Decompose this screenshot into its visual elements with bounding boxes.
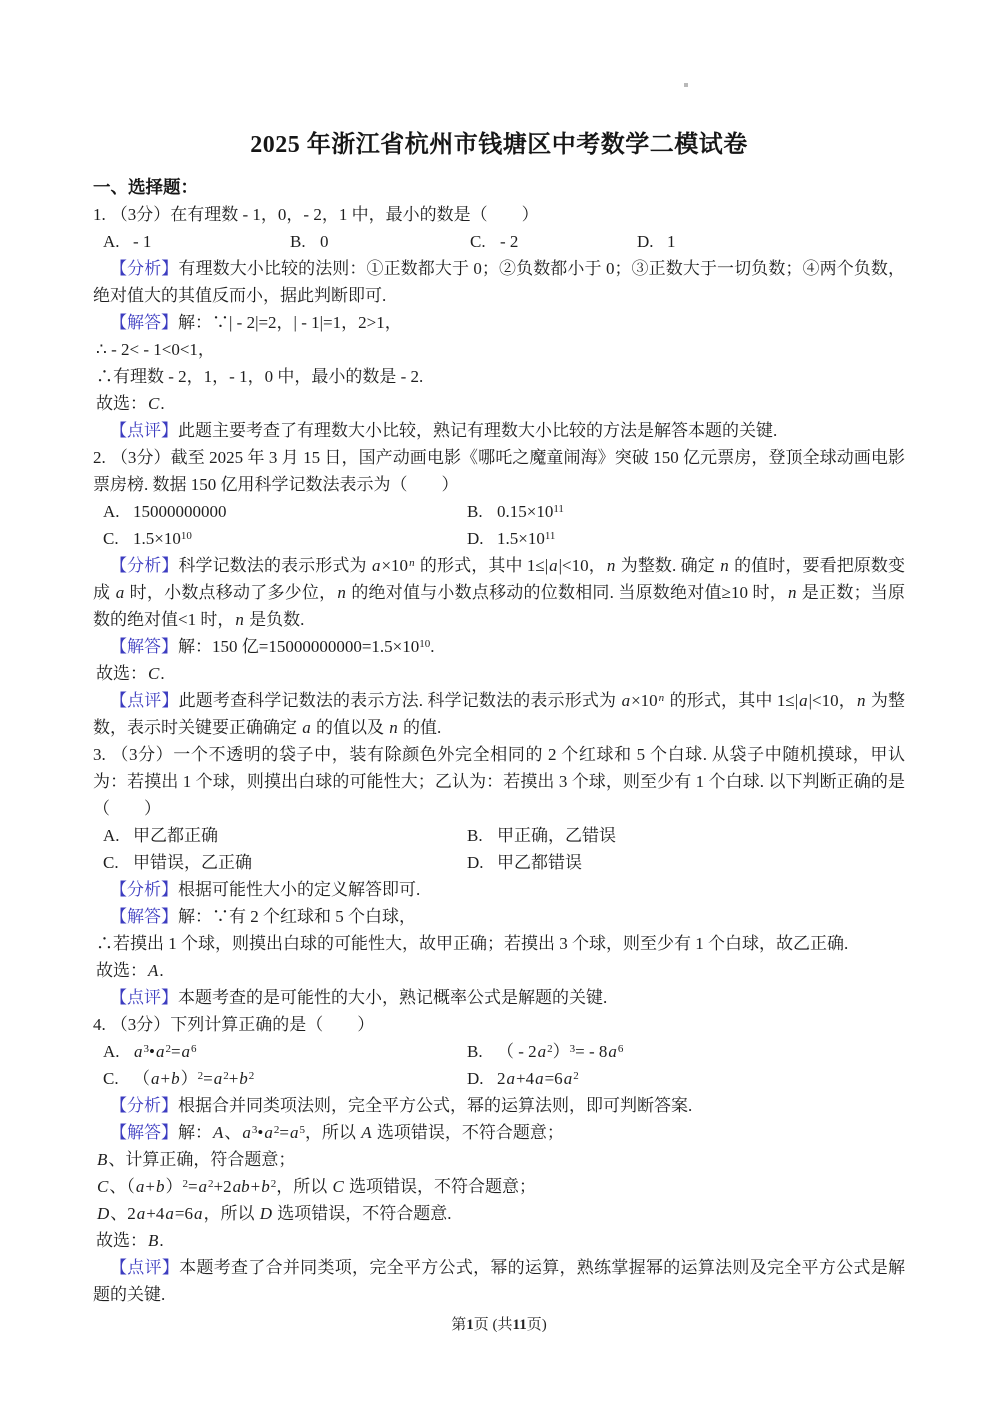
page-title: 2025 年浙江省杭州市钱塘区中考数学二模试卷 [93, 0, 905, 160]
footer-prefix: 第 [451, 1317, 466, 1333]
question-3-option-c: C.甲错误，乙正确 [103, 849, 467, 876]
question-4-option-d: D.2a+4a=6a2 [467, 1065, 905, 1092]
question-4-option-a: A.a3•a2=a6 [103, 1038, 467, 1065]
option-key: A. [103, 822, 120, 849]
question-3-options: A.甲乙都正确 B.甲正确，乙错误 C.甲错误，乙正确 D.甲乙都错误 [93, 822, 905, 876]
question-4-comment: 【点评】本题考查了合并同类项，完全平方公式，幂的运算，熟练掌握幂的运算法则及完全… [93, 1254, 905, 1308]
question-3-comment: 【点评】本题考查的是可能性的大小，熟记概率公式是解题的关键. [93, 984, 905, 1011]
question-3-option-b: B.甲正确，乙错误 [467, 822, 905, 849]
answer-label: 【解答】 [110, 907, 178, 926]
question-1-number: 1. [93, 205, 106, 224]
chosen-answer-text: 故选：B. [96, 1231, 164, 1250]
question-4: 4.（3分）下列计算正确的是（ ） A.a3•a2=a6 B.（ - 2a2）3… [93, 1011, 905, 1308]
question-4-answer-line: B、计算正确，符合题意； [93, 1146, 905, 1173]
question-1-analysis: 【分析】有理数大小比较的法则：①正数都大于 0；②负数都小于 0；③正数大于一切… [93, 255, 905, 309]
option-value: 1.5×1010 [133, 529, 192, 548]
question-1-answer-line: ∴ - 2< - 1<0<1， [93, 336, 905, 363]
question-1-option-c: C.- 2 [470, 228, 637, 255]
question-4-answer-line: D、2a+4a=6a，所以 D 选项错误，不符合题意. [93, 1200, 905, 1227]
question-1-option-a: A.- 1 [103, 228, 290, 255]
question-2-stem-text: （3分）截至 2025 年 3 月 15 日，国产动画电影《哪吒之魔童闹海》突破… [93, 448, 905, 494]
question-3-stem-text: （3分）一个不透明的袋子中，装有除颜色外完全相同的 2 个红球和 5 个白球. … [93, 745, 905, 818]
question-2-number: 2. [93, 448, 106, 467]
answer-line-text: ∴ - 2< - 1<0<1， [96, 340, 215, 359]
comment-label: 【点评】 [110, 1258, 179, 1277]
analysis-text: 有理数大小比较的法则：①正数都大于 0；②负数都小于 0；③正数大于一切负数；④… [93, 259, 905, 305]
answer-line-text: D、2a+4a=6a，所以 D 选项错误，不符合题意. [96, 1204, 452, 1223]
question-1-stem-text: （3分）在有理数 - 1，0，- 2，1 中，最小的数是（ ） [111, 205, 539, 224]
comment-text: 本题考查的是可能性的大小，熟记概率公式是解题的关键. [178, 988, 607, 1007]
answer-line-text: ∴有理数 - 2，1，- 1，0 中，最小的数是 - 2. [96, 367, 423, 386]
option-key: C. [103, 849, 120, 876]
comment-text: 此题主要考查了有理数大小比较，熟记有理数大小比较的方法是解答本题的关键. [178, 421, 777, 440]
answer-line-text: B、计算正确，符合题意； [96, 1150, 295, 1169]
option-key: C. [470, 228, 487, 255]
question-4-options: A.a3•a2=a6 B.（ - 2a2）3= - 8a6 C.（a+b）2=a… [93, 1038, 905, 1092]
question-3-chosen-answer: 故选：A. [93, 957, 905, 984]
option-key: B. [467, 498, 484, 525]
question-3-number: 3. [93, 745, 106, 764]
option-value: 1.5×1011 [497, 529, 555, 548]
question-3-option-d: D.甲乙都错误 [467, 849, 905, 876]
analysis-text: 根据可能性大小的定义解答即可. [178, 880, 420, 899]
answer-line-text: C、（a+b）2=a2+2ab+b2，所以 C 选项错误，不符合题意； [96, 1177, 536, 1196]
option-value: 甲错误，乙正确 [133, 853, 252, 872]
option-value: 甲正确，乙错误 [497, 826, 616, 845]
analysis-text: 根据合并同类项法则，完全平方公式，幂的运算法则，即可判断答案. [178, 1096, 692, 1115]
answer-text: 解：A、a3•a2=a5，所以 A 选项错误，不符合题意； [178, 1123, 564, 1142]
option-key: A. [103, 498, 120, 525]
question-3-answer-line: ∴若摸出 1 个球，则摸出白球的可能性大，故甲正确；若摸出 3 个球，则至少有 … [93, 930, 905, 957]
answer-label: 【解答】 [110, 1123, 178, 1142]
option-key: B. [290, 228, 307, 255]
question-4-option-b: B.（ - 2a2）3= - 8a6 [467, 1038, 905, 1065]
question-1-answer-line: ∴有理数 - 2，1，- 1，0 中，最小的数是 - 2. [93, 363, 905, 390]
option-value: 2a+4a=6a2 [497, 1069, 579, 1088]
option-key: D. [637, 228, 654, 255]
analysis-label: 【分析】 [110, 556, 178, 575]
answer-label: 【解答】 [110, 637, 178, 656]
option-key: C. [103, 525, 120, 552]
footer-total-pages: 11 [513, 1317, 527, 1333]
option-key: B. [467, 1038, 484, 1065]
option-key: D. [467, 1065, 484, 1092]
analysis-label: 【分析】 [110, 259, 178, 278]
answer-line-text: ∴若摸出 1 个球，则摸出白球的可能性大，故甲正确；若摸出 3 个球，则至少有 … [96, 934, 848, 953]
question-4-answer-line: C、（a+b）2=a2+2ab+b2，所以 C 选项错误，不符合题意； [93, 1173, 905, 1200]
answer-text: 解：∵| - 2|=2，| - 1|=1，2>1， [178, 313, 402, 332]
question-4-stem: 4.（3分）下列计算正确的是（ ） [93, 1011, 905, 1038]
question-1-answer: 【解答】解：∵| - 2|=2，| - 1|=1，2>1， [93, 309, 905, 336]
option-key: A. [103, 1038, 120, 1065]
question-1-stem: 1.（3分）在有理数 - 1，0，- 2，1 中，最小的数是（ ） [93, 201, 905, 228]
question-2-comment: 【点评】此题考查科学记数法的表示方法. 科学记数法的表示形式为 a×10n 的形… [93, 687, 905, 741]
question-4-option-c: C.（a+b）2=a2+b2 [103, 1065, 467, 1092]
comment-text: 本题考查了合并同类项，完全平方公式，幂的运算，熟练掌握幂的运算法则及完全平方公式… [93, 1258, 905, 1304]
option-value: 0.15×1011 [497, 502, 564, 521]
answer-text: 解：150 亿=15000000000=1.5×1010. [178, 637, 435, 656]
question-2-answer: 【解答】解：150 亿=15000000000=1.5×1010. [93, 633, 905, 660]
chosen-answer-text: 故选：A. [96, 961, 164, 980]
analysis-label: 【分析】 [110, 1096, 178, 1115]
option-value: （ - 2a2）3= - 8a6 [497, 1042, 623, 1061]
question-2: 2.（3分）截至 2025 年 3 月 15 日，国产动画电影《哪吒之魔童闹海》… [93, 444, 905, 741]
comment-label: 【点评】 [110, 421, 178, 440]
question-2-option-c: C.1.5×1010 [103, 525, 467, 552]
answer-text: 解：∵有 2 个红球和 5 个白球， [178, 907, 416, 926]
footer-mid: 页 (共 [474, 1317, 513, 1333]
question-3-analysis: 【分析】根据可能性大小的定义解答即可. [93, 876, 905, 903]
question-4-answer: 【解答】解：A、a3•a2=a5，所以 A 选项错误，不符合题意； [93, 1119, 905, 1146]
footer-page-number: 1 [466, 1317, 474, 1333]
question-3-answer: 【解答】解：∵有 2 个红球和 5 个白球， [93, 903, 905, 930]
question-1-options: A.- 1 B.0 C.- 2 D.1 [93, 228, 905, 255]
chosen-answer-text: 故选：C. [96, 664, 165, 683]
question-2-option-a: A.15000000000 [103, 498, 467, 525]
comment-text: 此题考查科学记数法的表示方法. 科学记数法的表示形式为 a×10n 的形式，其中… [93, 691, 905, 737]
question-4-number: 4. [93, 1015, 106, 1034]
question-1-chosen-answer: 故选：C. [93, 390, 905, 417]
option-value: - 1 [133, 232, 151, 251]
question-4-analysis: 【分析】根据合并同类项法则，完全平方公式，幂的运算法则，即可判断答案. [93, 1092, 905, 1119]
scan-speck [684, 83, 688, 87]
question-4-stem-text: （3分）下列计算正确的是（ ） [111, 1015, 375, 1034]
option-key: D. [467, 525, 484, 552]
question-2-stem: 2.（3分）截至 2025 年 3 月 15 日，国产动画电影《哪吒之魔童闹海》… [93, 444, 905, 498]
option-value: 1 [667, 232, 676, 251]
question-1-comment: 【点评】此题主要考查了有理数大小比较，熟记有理数大小比较的方法是解答本题的关键. [93, 417, 905, 444]
question-1-option-d: D.1 [637, 228, 905, 255]
question-3-stem: 3.（3分）一个不透明的袋子中，装有除颜色外完全相同的 2 个红球和 5 个白球… [93, 741, 905, 822]
question-2-option-d: D.1.5×1011 [467, 525, 905, 552]
option-key: D. [467, 849, 484, 876]
option-value: 甲乙都错误 [497, 853, 582, 872]
option-value: （a+b）2=a2+b2 [133, 1069, 254, 1088]
option-key: B. [467, 822, 484, 849]
comment-label: 【点评】 [110, 691, 179, 710]
comment-label: 【点评】 [110, 988, 178, 1007]
question-3: 3.（3分）一个不透明的袋子中，装有除颜色外完全相同的 2 个红球和 5 个白球… [93, 741, 905, 1011]
question-2-analysis: 【分析】科学记数法的表示形式为 a×10n 的形式，其中 1≤|a|<10，n … [93, 552, 905, 633]
option-value: 0 [320, 232, 329, 251]
option-value: 甲乙都正确 [133, 826, 218, 845]
option-key: C. [103, 1065, 120, 1092]
answer-label: 【解答】 [110, 313, 178, 332]
analysis-label: 【分析】 [110, 880, 178, 899]
question-3-option-a: A.甲乙都正确 [103, 822, 467, 849]
section-heading: 一、选择题： [93, 174, 905, 201]
option-value: a3•a2=a6 [133, 1042, 197, 1061]
option-value: 15000000000 [133, 502, 227, 521]
chosen-answer-text: 故选：C. [96, 394, 165, 413]
question-2-chosen-answer: 故选：C. [93, 660, 905, 687]
question-1-option-b: B.0 [290, 228, 470, 255]
option-key: A. [103, 228, 120, 255]
question-1: 1.（3分）在有理数 - 1，0，- 2，1 中，最小的数是（ ） A.- 1 … [93, 201, 905, 444]
page-footer: 第1页 (共11页) [93, 1315, 905, 1335]
exam-page: 2025 年浙江省杭州市钱塘区中考数学二模试卷 一、选择题： 1.（3分）在有理… [0, 0, 1000, 1414]
question-2-options: A.15000000000 B.0.15×1011 C.1.5×1010 D.1… [93, 498, 905, 552]
footer-suffix: 页) [527, 1317, 547, 1333]
option-value: - 2 [500, 232, 518, 251]
analysis-text: 科学记数法的表示形式为 a×10n 的形式，其中 1≤|a|<10，n 为整数.… [93, 556, 905, 629]
question-4-chosen-answer: 故选：B. [93, 1227, 905, 1254]
question-2-option-b: B.0.15×1011 [467, 498, 905, 525]
